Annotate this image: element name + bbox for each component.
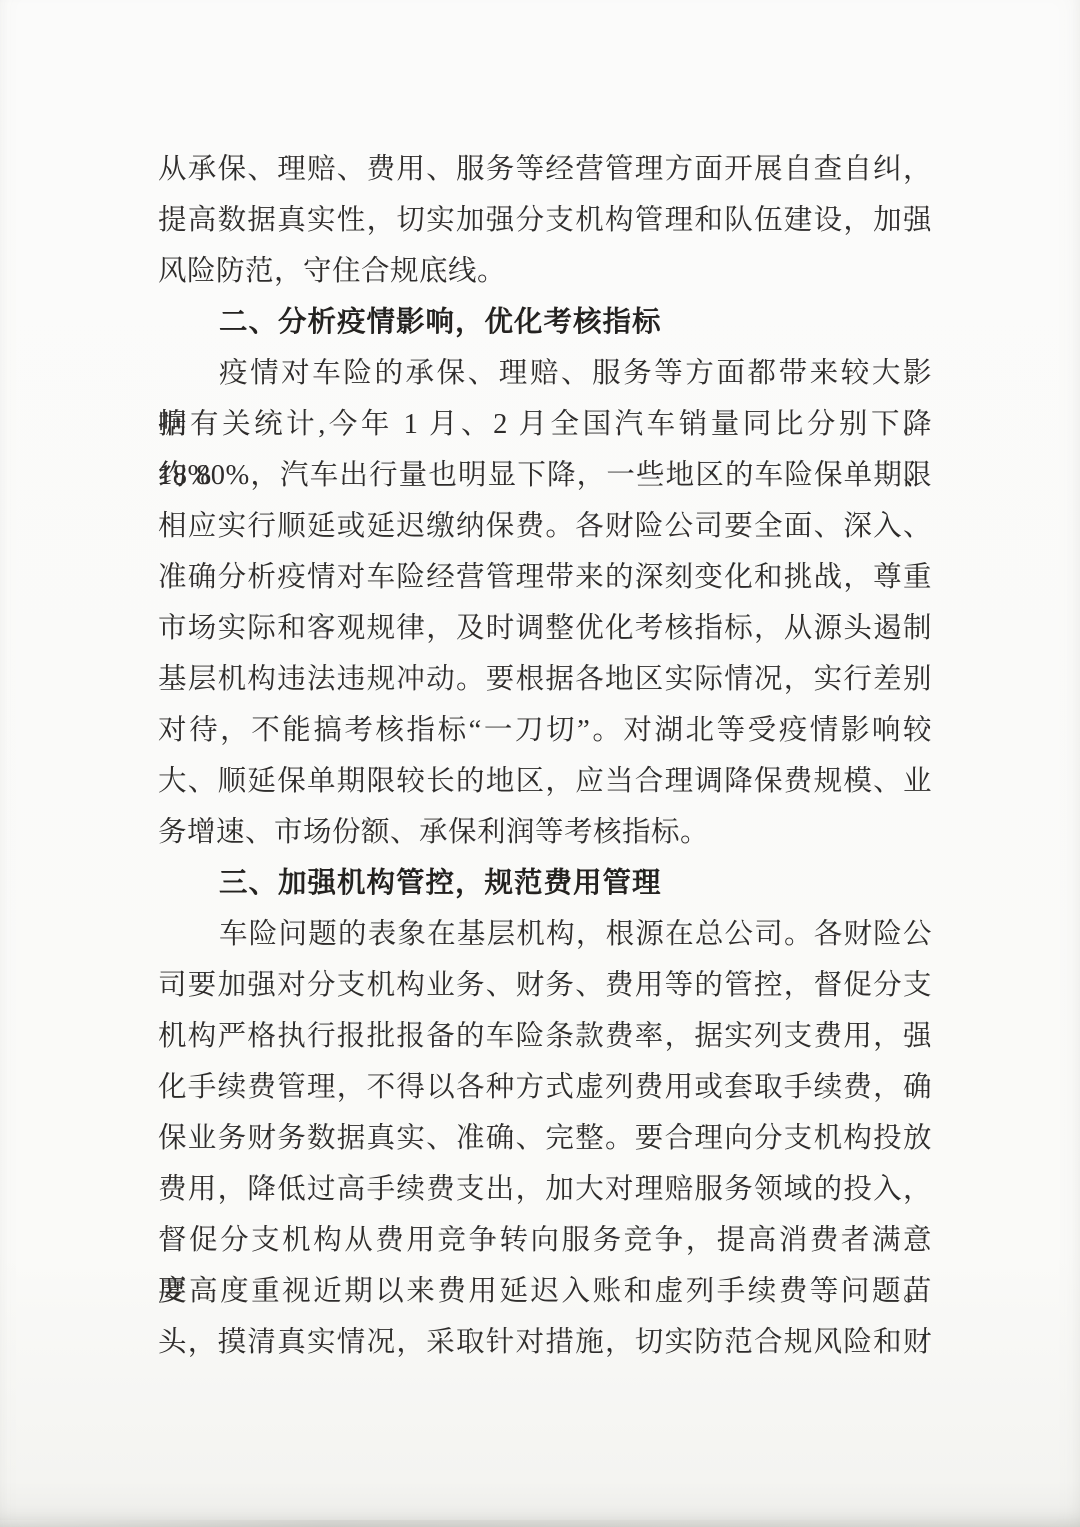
text-line: 机构严格执行报批报备的车险条款费率，据实列支费用，强	[158, 1011, 932, 1062]
text-line: 大、顺延保单期限较长的地区，应当合理调降保费规模、业	[158, 756, 932, 807]
text-line: 务增速、市场份额、承保利润等考核指标。	[158, 807, 932, 858]
text-line: 疫情对车险的承保、理赔、服务等方面都带来较大影响。	[158, 348, 932, 399]
document-body: 从承保、理赔、费用、服务等经营管理方面开展自查自纠，提高数据真实性，切实加强分支…	[158, 144, 932, 1368]
text-line: 约 80%，汽车出行量也明显下降，一些地区的车险保单期限	[158, 450, 932, 501]
text-line: 从承保、理赔、费用、服务等经营管理方面开展自查自纠，	[158, 144, 932, 195]
text-line: 相应实行顺延或延迟缴纳保费。各财险公司要全面、深入、	[158, 501, 932, 552]
text-line: 司要加强对分支机构业务、财务、费用等的管控，督促分支	[158, 960, 932, 1011]
text-line: 准确分析疫情对车险经营管理带来的深刻变化和挑战，尊重	[158, 552, 932, 603]
section-heading: 三、加强机构管控，规范费用管理	[158, 858, 932, 909]
text-line: 督促分支机构从费用竞争转向服务竞争，提高消费者满意度。	[158, 1215, 932, 1266]
text-line: 要高度重视近期以来费用延迟入账和虚列手续费等问题苗	[158, 1266, 932, 1317]
text-line: 对待，不能搞考核指标“一刀切”。对湖北等受疫情影响较	[158, 705, 932, 756]
text-line: 基层机构违法违规冲动。要根据各地区实际情况，实行差别	[158, 654, 932, 705]
text-line: 保业务财务数据真实、准确、完整。要合理向分支机构投放	[158, 1113, 932, 1164]
text-line: 据有关统计,今年 1 月、2 月全国汽车销量同比分别下降 18%、	[158, 399, 932, 450]
text-line: 提高数据真实性，切实加强分支机构管理和队伍建设，加强	[158, 195, 932, 246]
scan-edge-shadow	[0, 1520, 1080, 1527]
text-line: 市场实际和客观规律，及时调整优化考核指标，从源头遏制	[158, 603, 932, 654]
text-line: 化手续费管理，不得以各种方式虚列费用或套取手续费，确	[158, 1062, 932, 1113]
section-heading: 二、分析疫情影响，优化考核指标	[158, 297, 932, 348]
text-line: 费用，降低过高手续费支出，加大对理赔服务领域的投入，	[158, 1164, 932, 1215]
text-line: 风险防范，守住合规底线。	[158, 246, 932, 297]
document-page: 从承保、理赔、费用、服务等经营管理方面开展自查自纠，提高数据真实性，切实加强分支…	[0, 0, 1080, 1527]
text-line: 头，摸清真实情况，采取针对措施，切实防范合规风险和财	[158, 1317, 932, 1368]
text-line: 车险问题的表象在基层机构，根源在总公司。各财险公	[158, 909, 932, 960]
